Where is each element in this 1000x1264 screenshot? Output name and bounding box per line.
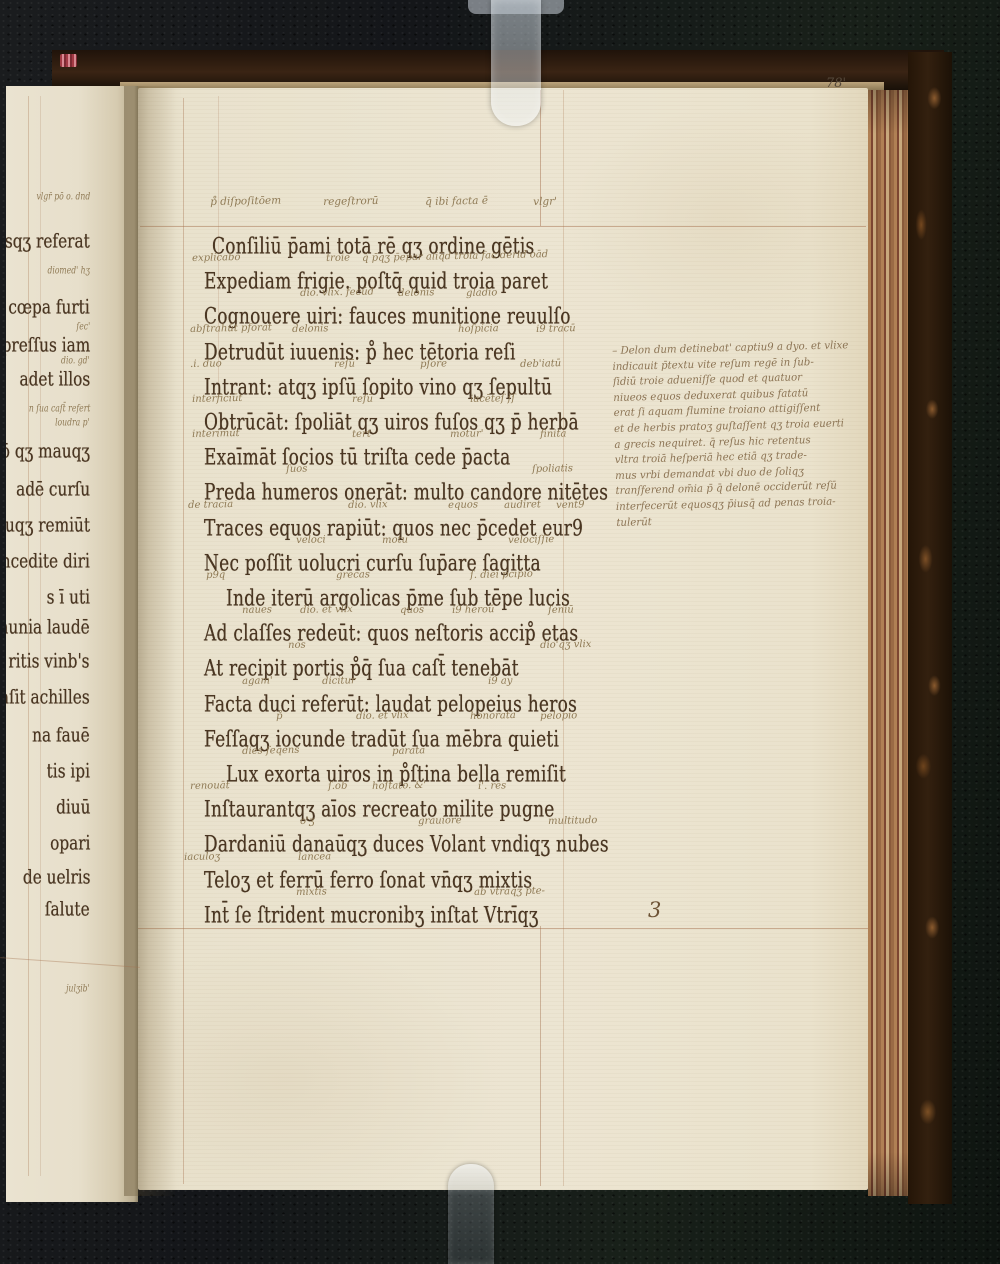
page-holder-strap-top bbox=[491, 0, 541, 126]
left-page-fragment: adet illos bbox=[19, 368, 90, 391]
left-page-fragment: adē curſu bbox=[16, 478, 90, 501]
left-page-fragment: ebisqʒ referat bbox=[6, 230, 90, 253]
left-page-fragment: aſit achilles bbox=[6, 686, 90, 709]
spine-sewing-thread bbox=[60, 54, 77, 67]
left-page-fragment: ſec' bbox=[76, 322, 90, 333]
left-page-fragment: munia laudē bbox=[6, 616, 90, 639]
left-page-fragment: de uelris bbox=[22, 866, 90, 889]
ruling-line-left-inner bbox=[218, 96, 219, 396]
left-page-fragment: ritis vinb's bbox=[9, 650, 90, 673]
header-gloss-fragment: vlgr' bbox=[533, 195, 557, 207]
ruling-line-column-bottom bbox=[540, 926, 541, 1186]
left-page-fragment: na fauē bbox=[32, 724, 90, 747]
left-page-fragment: muqʒ remiūt bbox=[6, 514, 90, 537]
book-back-cover bbox=[908, 52, 952, 1204]
left-page-fragment: ncedite diri bbox=[6, 550, 90, 573]
ruling-line-top bbox=[140, 226, 866, 227]
page-holder-strap-bottom bbox=[448, 1164, 494, 1264]
ruling-line-bottom bbox=[138, 928, 868, 929]
ruling-line-left bbox=[183, 98, 184, 1184]
left-page-fragment: cœpa furti bbox=[9, 296, 90, 319]
left-page-fragment: s ī uti bbox=[47, 586, 90, 609]
left-page-fragment: ſalute bbox=[45, 898, 90, 921]
header-gloss-fragment: regeſtrorū bbox=[323, 195, 379, 208]
left-page-fragment: loudra p' bbox=[55, 418, 90, 429]
left-page-fragment: diuū bbox=[56, 796, 90, 819]
left-page-fragment: preſſus iam bbox=[6, 334, 90, 357]
left-page-fragment: diomed' hʒ bbox=[48, 266, 90, 277]
marginal-annotation: – Delon dum detinebat' captiu9 a dyo. et… bbox=[612, 337, 898, 531]
ruling-line-right bbox=[563, 90, 564, 1186]
header-gloss-fragment: q̄ ibi facta ē bbox=[425, 195, 488, 208]
left-page-fragment: dio. gd' bbox=[61, 356, 90, 367]
left-page-fragment: vlgr̄ pō o. dnd bbox=[36, 192, 90, 203]
manuscript-photograph: vlgr̄ pō o. dndebisqʒ referatdiomed' hʒc… bbox=[0, 0, 1000, 1264]
page-bottom-edge bbox=[138, 1186, 868, 1194]
right-page bbox=[138, 88, 868, 1190]
left-page-fragment: opari bbox=[50, 832, 90, 855]
left-page-fragment: tis ipi bbox=[47, 760, 90, 783]
book-fore-edge bbox=[868, 90, 908, 1196]
folio-number: 78' bbox=[826, 76, 846, 91]
left-page-fragment: ō qʒ mauqʒ bbox=[6, 440, 90, 463]
left-page-fragment: julʒib' bbox=[66, 984, 90, 995]
left-page-fragment: n ſua caſt̄ refert bbox=[28, 404, 90, 415]
margin-squiggle-mark: 3 bbox=[648, 898, 661, 922]
header-gloss-fragment: p̊ diſpoſitōem bbox=[210, 195, 281, 208]
left-page-text-fragments: vlgr̄ pō o. dndebisqʒ referatdiomed' hʒc… bbox=[6, 86, 134, 1202]
